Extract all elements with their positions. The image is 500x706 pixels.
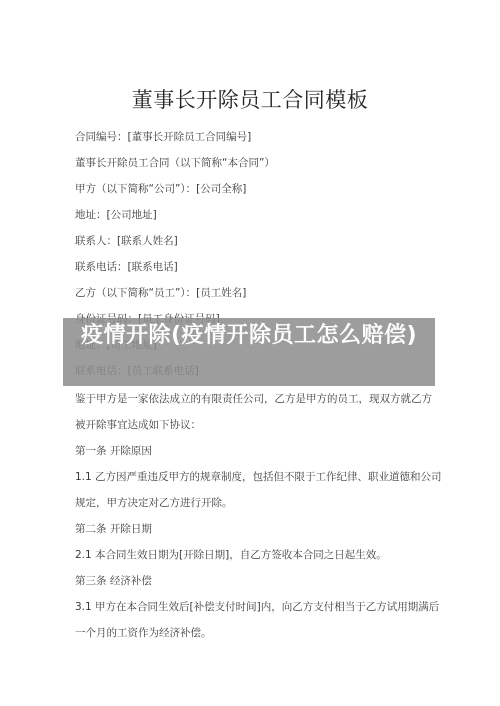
party-a-line: 甲方（以下简称“公司”）：[公司全称] — [75, 182, 246, 196]
article-3-heading: 第三条 经济补偿 — [75, 574, 152, 588]
contract-name-line: 董事长开除员工合同（以下简称“本合同”） — [75, 156, 275, 170]
party-b-line: 乙方（以下简称“员工”）：[员工姓名] — [75, 286, 246, 300]
clause-3-1-line-1: 3.1 甲方在本合同生效后[补偿支付时间]内，向乙方支付相当于乙方试用期满后 — [75, 600, 439, 614]
preamble-line-2: 被开除事宜达成如下协议： — [75, 418, 201, 432]
document-title: 董事长开除员工合同模板 — [0, 84, 500, 114]
contract-number-line: 合同编号：[董事长开除员工合同编号] — [75, 130, 251, 144]
overlay-title: 疫情开除(疫情开除员工怎么赔偿) — [63, 320, 435, 352]
party-a-address-line: 地址：[公司地址] — [75, 208, 157, 222]
article-1-heading: 第一条 开除原因 — [75, 444, 152, 458]
article-2-heading: 第二条 开除日期 — [75, 522, 152, 536]
clause-2-1: 2.1 本合同生效日期为[开除日期]，自乙方签收本合同之日起生效。 — [75, 548, 387, 562]
clause-3-1-line-2: 一个月的工资作为经济补偿。 — [75, 626, 212, 640]
clause-1-1-line-1: 1.1 乙方因严重违反甲方的规章制度，包括但不限于工作纪律、职业道德和公司 — [75, 470, 442, 484]
preamble-line-1: 鉴于甲方是一家依法成立的有限责任公司，乙方是甲方的员工，现双方就乙方 — [75, 392, 432, 406]
party-a-contact-line: 联系人：[联系人姓名] — [75, 234, 178, 248]
clause-1-1-line-2: 规定，甲方决定对乙方进行开除。 — [75, 496, 233, 510]
party-a-phone-line: 联系电话：[联系电话] — [75, 260, 178, 274]
